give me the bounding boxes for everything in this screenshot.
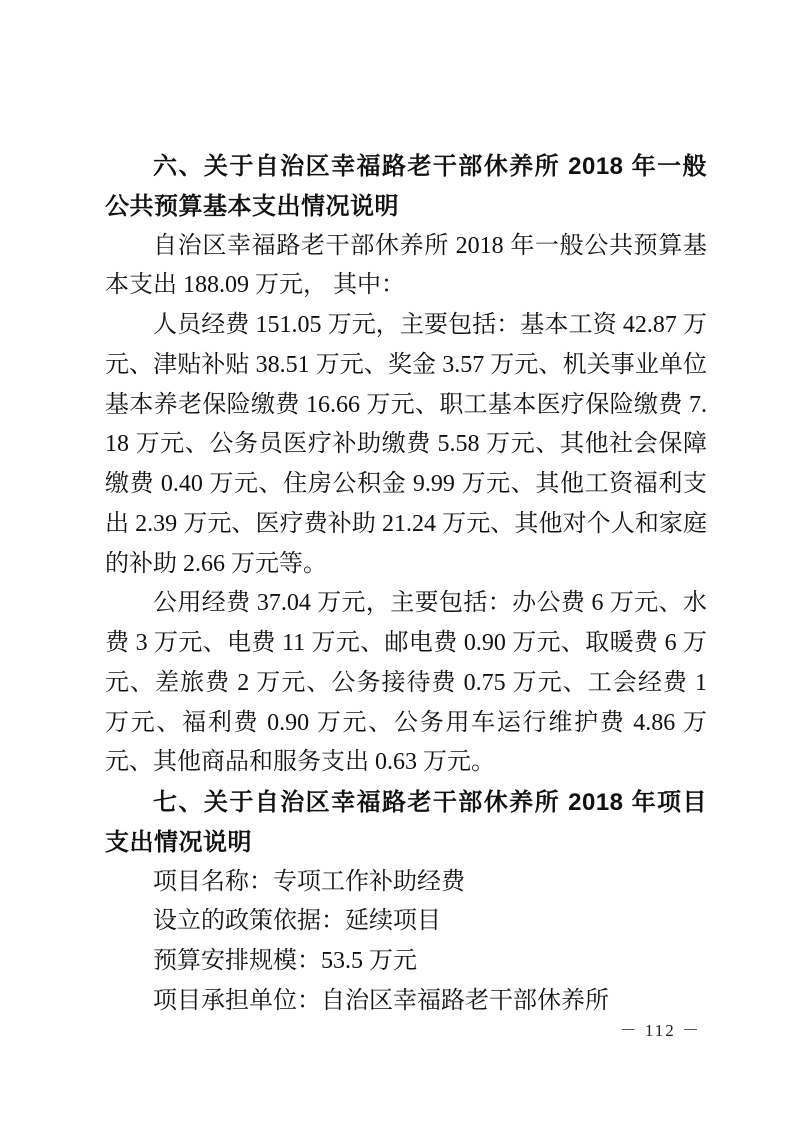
section-6-personnel-expense-paragraph: 人员经费 151.05 万元，主要包括：基本工资 42.87 万元、津贴补贴 3…: [105, 306, 707, 584]
document-page: 六、关于自治区幸福路老干部休养所 2018 年一般公共预算基本支出情况说明 自治…: [0, 0, 793, 1122]
document-content: 六、关于自治区幸福路老干部休养所 2018 年一般公共预算基本支出情况说明 自治…: [105, 147, 707, 1022]
section-6-heading: 六、关于自治区幸福路老干部休养所 2018 年一般公共预算基本支出情况说明: [105, 147, 707, 227]
project-undertaking-unit-line: 项目承担单位：自治区幸福路老干部休养所: [105, 982, 707, 1022]
section-7-heading: 七、关于自治区幸福路老干部休养所 2018 年项目支出情况说明: [105, 783, 707, 863]
page-number: － 112 －: [620, 1016, 701, 1041]
project-name-line: 项目名称：专项工作补助经费: [105, 863, 707, 903]
section-6-public-expense-paragraph: 公用经费 37.04 万元，主要包括：办公费 6 万元、水费 3 万元、电费 1…: [105, 584, 707, 783]
project-budget-scale-line: 预算安排规模：53.5 万元: [105, 942, 707, 982]
project-policy-basis-line: 设立的政策依据：延续项目: [105, 902, 707, 942]
section-6-summary-paragraph: 自治区幸福路老干部休养所 2018 年一般公共预算基本支出 188.09 万元，…: [105, 227, 707, 307]
